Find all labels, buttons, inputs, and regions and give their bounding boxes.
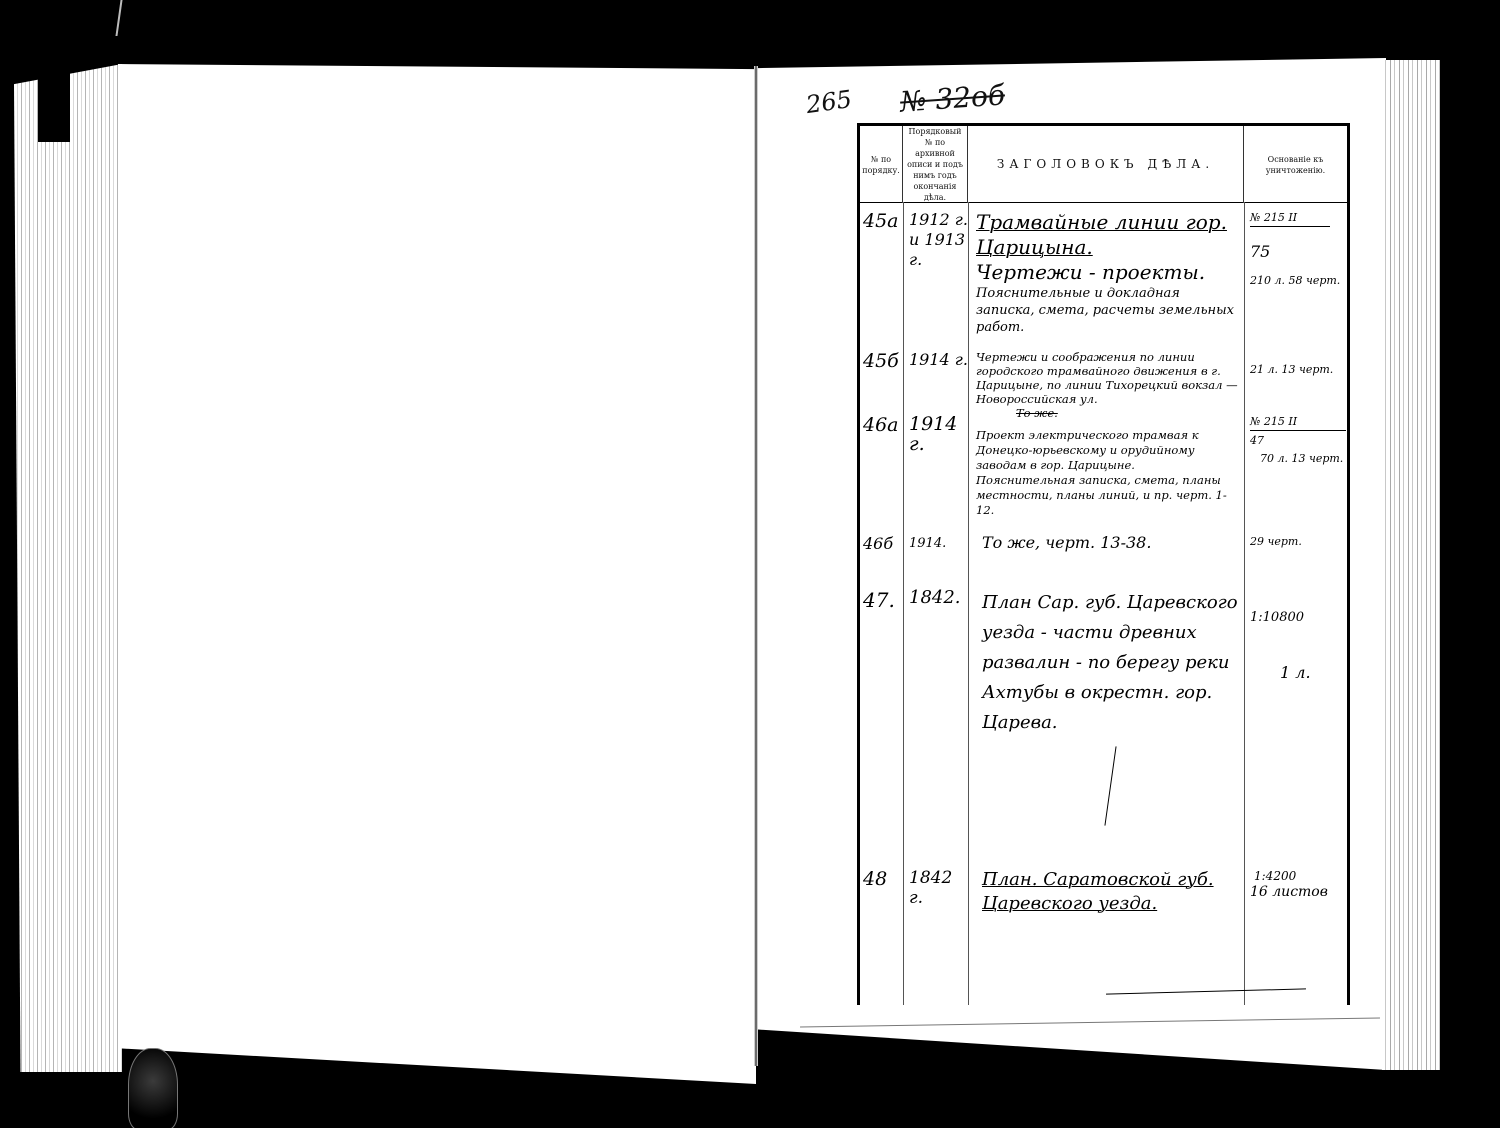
row-notes: 1:10800 1 л. <box>1244 588 1347 738</box>
year: и 1913 г. <box>909 230 968 270</box>
note-scale: 1:4200 <box>1250 868 1347 884</box>
row-title: Трамвайные линии гор. Царицына. Чертежи … <box>968 210 1244 336</box>
note-count: 75 <box>1250 241 1347 263</box>
row-number: 46а <box>860 414 903 518</box>
note-sheets: 16 листов <box>1250 884 1347 900</box>
note-ref: № 215 II <box>1250 210 1330 227</box>
row-notes: 1:4200 16 листов <box>1244 868 1347 916</box>
left-page-blank <box>118 64 756 1084</box>
note-sheets: 70 л. 13 черт. <box>1250 451 1347 467</box>
row-years: 1914. <box>903 534 968 554</box>
holding-thumb <box>128 1048 178 1128</box>
title-detail: Пояснительные и докладная записка, смета… <box>976 285 1240 336</box>
book-gutter <box>754 66 758 1066</box>
title-main: Проект электрического трамвая к Донецко-… <box>976 428 1240 473</box>
year: 1842 г. <box>909 868 968 908</box>
ledger-row-48: 48 1842 г. План. Саратовской губ. Царевс… <box>860 868 1347 916</box>
row-number: 45а <box>860 210 903 336</box>
note-sheets: 1 л. <box>1250 662 1347 684</box>
row-years: 1842. <box>903 588 968 738</box>
bookmark-ribbon <box>38 64 70 142</box>
year: 1912 г. <box>909 210 968 230</box>
row-years: 1914 г. <box>903 414 968 518</box>
title-sub: Чертежи - проекты. <box>976 260 1240 285</box>
row-title: План Сар. губ. Царевского уезда - части … <box>968 588 1244 738</box>
header-row-number: № по порядку. <box>860 126 903 203</box>
stray-pen-stroke <box>1104 746 1116 825</box>
row-title: То же, черт. 13-38. <box>968 534 1244 554</box>
ledger-row-46a: 46а 1914 г. Проект электрического трамва… <box>860 414 1347 518</box>
note-scale: 1:10800 <box>1250 610 1347 626</box>
row-title: Проект электрического трамвая к Донецко-… <box>968 414 1244 518</box>
note-sheets: 21 л. 13 черт. <box>1250 362 1347 378</box>
header-archive-number: Порядковый № по архивной описи и подъ ни… <box>903 126 968 203</box>
row-years: 1912 г. и 1913 г. <box>903 210 968 336</box>
row-title: План. Саратовской губ. Царевского уезда. <box>968 868 1244 916</box>
stray-pen-stroke <box>1106 988 1306 994</box>
header-case-title: ЗАГОЛОВОКЪ ДѢЛА. <box>968 126 1244 203</box>
row-years: 1914 г. <box>903 350 968 420</box>
title-main: План. Саратовской губ. Царевского уезда. <box>982 869 1214 914</box>
row-notes: № 215 II 47 70 л. 13 черт. <box>1244 414 1347 518</box>
year: 1914. <box>909 534 968 554</box>
ledger-row-45b: 45б 1914 г. Чертежи и соображения по лин… <box>860 350 1347 420</box>
note-sheets: 29 черт. <box>1250 534 1347 550</box>
row-number: 46б <box>860 534 903 554</box>
ledger-row-46b: 46б 1914. То же, черт. 13-38. 29 черт. <box>860 534 1347 554</box>
right-page-edges <box>1382 60 1440 1070</box>
note-sheets: 210 л. 58 черт. <box>1250 273 1347 289</box>
ledger-table: № по порядку. Порядковый № по архивной о… <box>857 123 1350 1005</box>
row-notes: 29 черт. <box>1244 534 1347 554</box>
ledger-header: № по порядку. Порядковый № по архивной о… <box>860 126 1347 203</box>
ledger-row-47: 47. 1842. План Сар. губ. Царевского уезд… <box>860 588 1347 738</box>
header-destruction-basis: Основаніе къ уничтоженію. <box>1244 126 1347 203</box>
year: 1914 г. <box>909 414 968 454</box>
row-years: 1842 г. <box>903 868 968 916</box>
title-detail: Пояснительная записка, смета, планы мест… <box>976 473 1240 518</box>
title-main: То же, черт. 13-38. <box>982 534 1240 551</box>
left-page-edges <box>14 64 122 1072</box>
holder-clip <box>115 0 158 36</box>
title-main: Трамвайные линии гор. Царицына. <box>976 210 1227 259</box>
note-ref: № 215 II <box>1250 414 1346 431</box>
row-number: 47. <box>860 588 903 738</box>
title-main: План Сар. губ. Царевского уезда - части … <box>982 588 1240 738</box>
row-notes: 21 л. 13 черт. <box>1244 350 1347 420</box>
row-number: 45б <box>860 350 903 420</box>
title-main: Чертежи и соображения по линии городског… <box>976 350 1240 406</box>
year: 1914 г. <box>909 350 968 370</box>
row-number: 48 <box>860 868 903 916</box>
row-notes: № 215 II 75 210 л. 58 черт. <box>1244 210 1347 336</box>
row-title: Чертежи и соображения по линии городског… <box>968 350 1244 420</box>
ledger-row-45a: 45а 1912 г. и 1913 г. Трамвайные линии г… <box>860 210 1347 336</box>
note-count: 47 <box>1250 433 1347 449</box>
year: 1842. <box>909 588 968 608</box>
